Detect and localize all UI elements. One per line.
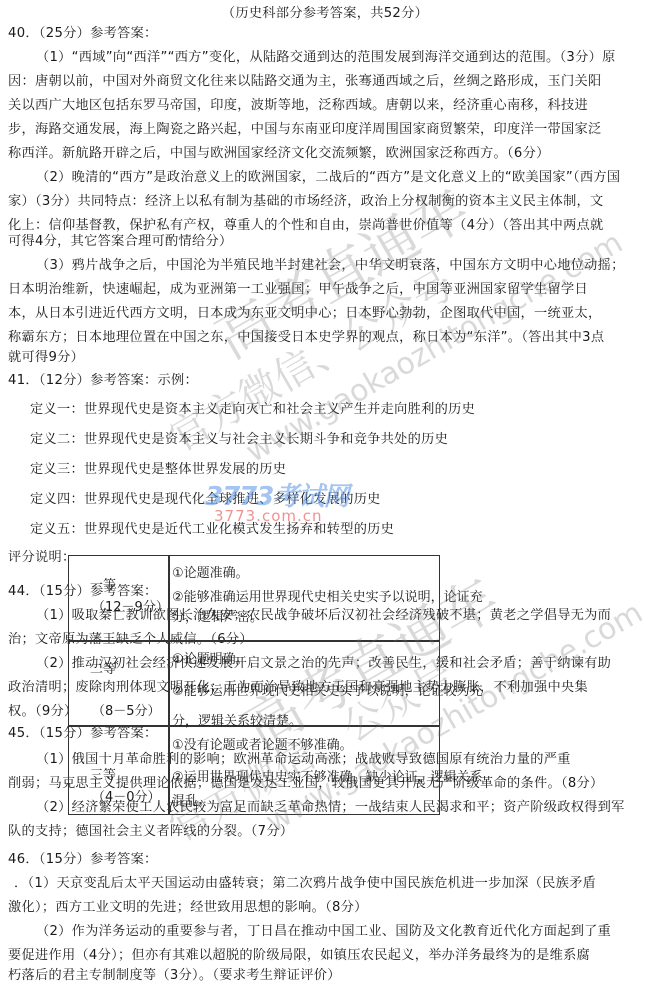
q40-heading: 40．（25分）参考答案： — [8, 26, 158, 42]
q40-line: 称霸东方；日本地理位置在中国之东，中国接受日本史学界的观点，称日本为“东洋”。（… — [8, 330, 604, 346]
site-url-watermark: 3773.com.cn — [214, 507, 323, 525]
q40-line: 化上：信仰基督教，保护私有产权，尊重人的个性和自由，崇尚普世价值等（4分）（答出… — [8, 218, 604, 234]
criteria-line: ②能够运用世界现代史相关史实予以说明，论证较为充 — [172, 684, 483, 700]
q40-line: 步，海路交通发展，海上陶瓷之路兴起，中国与东南亚印度洋周围国家商贸繁荣，印度洋一… — [8, 122, 601, 138]
q40-line: （1）“西域”向“西洋”“西方”变化，从陆路交通到达的范围发展到海洋交通到达的范… — [36, 50, 616, 66]
q40-line: 就可得9分） — [8, 350, 84, 366]
q40-line: 本，从日本引进近代西方文明，日本成为东亚文明中心；日本野心勃勃，企图取代中国，一… — [8, 306, 601, 322]
criteria-line: 混乱。 — [172, 794, 211, 810]
definition-2: 定义二：世界现代史是资本主义与社会主义长期斗争和竞争共处的历史 — [30, 432, 448, 448]
grade-range: （4－0分） — [92, 790, 161, 806]
criteria-line: 分，逻辑关系较清楚。 — [172, 714, 302, 730]
grade-range: （8－5分） — [92, 704, 161, 720]
criteria-line: ①没有论题或者论题不够准确。 — [172, 738, 353, 754]
table-divider — [68, 640, 440, 642]
criteria-line: ②能够准确运用世界现代史相关史实予以说明，论证充 — [172, 590, 483, 606]
definition-1: 定义一：世界现代史是资本主义走向灭亡和社会主义产生并走向胜利的历史 — [30, 402, 475, 418]
q46-line: （2）作为洋务运动的重要参与者，丁日昌在推动中国工业、国防及文化教育近代化方面起… — [36, 924, 611, 940]
grade-range: （12－9分） — [92, 600, 169, 616]
definition-5: 定义五：世界现代史是近代工业化模式发生扬弃和转型的历史 — [30, 522, 394, 538]
q45-line: 队的支持；德国社会主义者阵线的分裂。（7分） — [8, 824, 293, 840]
q46-line: 激化）；西方工业文明的先进；经世致用思想的影响。（8分） — [8, 900, 368, 916]
q40-line: 因：唐朝以前，中国对外商贸文化往来以陆路交通为主，张骞通西域之后，丝绸之路形成，… — [8, 74, 601, 90]
q40-line: 家）（3分）共同特点：经济上以私有制为基础的市场经济，政治上分权制衡的资本主义民… — [8, 194, 604, 210]
criteria-line: ①论题明确。 — [172, 652, 249, 668]
criteria-line: ②运用世界现代史史实不够准确，缺少论证，逻辑关系 — [172, 770, 483, 786]
page-title: （历史科部分参考答案，共52分） — [0, 6, 650, 22]
q46-line: 朽落后的君主专制制度等（3分）。（要求考生辩证评价） — [8, 968, 341, 984]
grade-label: 三等 — [90, 768, 116, 784]
q46-line: ．（1）天京变乱后太平天国运动由盛转衰；第二次鸦片战争使中国民族危机进一步加深（… — [14, 876, 596, 892]
q40-line: 关以西广大地区包括东罗马帝国，印度，波斯等地，泛称西域。唐朝以来，经济重心南移，… — [8, 98, 588, 114]
q40-line: 日本明治维新，快速崛起，成为亚洲第一工业强国；甲午战争之后，中国等亚洲国家留学生… — [8, 282, 588, 298]
criteria-line: ①论题准确。 — [172, 566, 249, 582]
q40-line: 称西洋。新航路开辟之后，中国与欧洲国家经济文化交流频繁，欧洲国家泛称西方。（6分… — [8, 146, 550, 162]
q40-line: 可得4分，其它答案合理可酌情给分） — [8, 234, 233, 250]
q40-line: （2）晚清的“西方”是政治意义上的欧洲国家，二战后的“西方”是文化意义上的“欧美… — [36, 170, 620, 186]
grade-label: 二等 — [90, 662, 116, 678]
q41-heading: 41．（12分）参考答案：示例： — [8, 373, 198, 389]
scoring-label: 评分说明： — [8, 550, 75, 566]
table-divider — [168, 555, 170, 815]
q40-line: （3）鸦片战争之后，中国沦为半殖民地半封建社会，中华文明衰落，中国东方文明中心地… — [36, 258, 625, 274]
q46-heading: 46．（15分）参考答案： — [8, 852, 158, 868]
grade-label: 一等 — [90, 578, 116, 594]
q46-line: 要促进作用（4分）；但亦有其难以超脱的阶级局限，如镇压农民起义，举办洋务最终为的… — [8, 948, 590, 964]
criteria-line: 分，逻辑严密。 — [172, 610, 263, 626]
